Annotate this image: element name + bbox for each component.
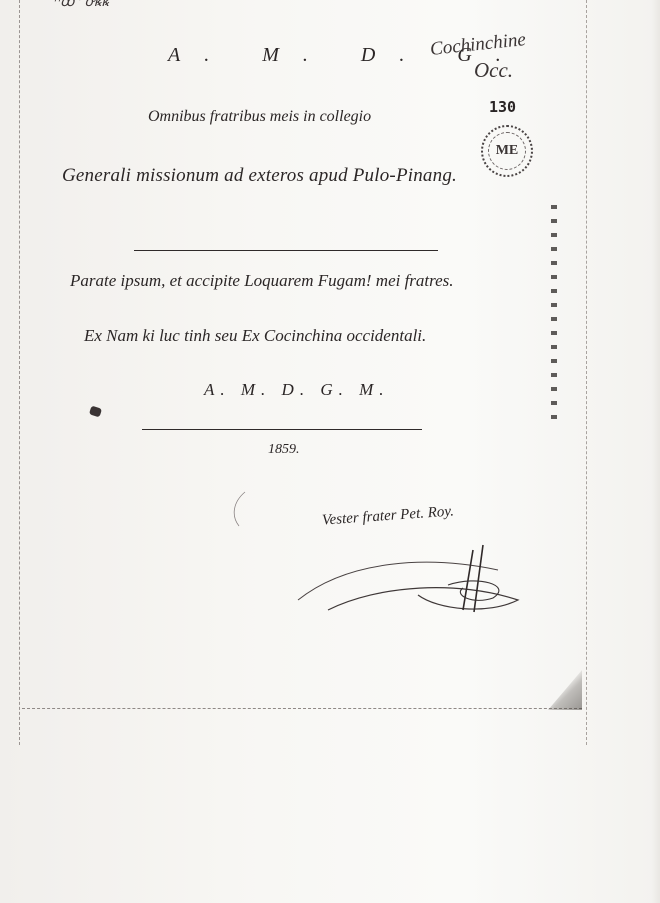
address-line-2: Generali missionum ad exteros apud Pulo-… [62,165,457,187]
body-line-1: Parate ipsum, et accipite Loquarem Fugam… [70,271,454,291]
body-line-2: Ex Nam ki luc tinh seu Ex Cocinchina occ… [84,326,426,346]
corner-ink-smudge [548,670,582,710]
frame-border-left [19,0,20,745]
top-fragment-text: ꟸꝏ ' ꝍꝅꝅ [52,0,109,11]
margin-ink-marks [551,205,557,425]
manuscript-page: ꟸꝏ ' ꝍꝅꝅ A. M. D. G. Cochinchine Occ. 13… [0,0,660,903]
frame-border-right [586,0,587,745]
divider-rule-bottom [142,429,422,430]
page-edge-shadow [652,0,660,903]
stray-stroke-icon [225,490,255,530]
archive-stamp-icon: ME [481,125,533,177]
stamp-label: ME [488,132,526,170]
ink-blot-mark [89,406,102,418]
address-line-1: Omnibus fratribus meis in collegio [148,108,371,126]
signature-text: Vester frater Pet. Roy. [322,503,455,529]
signature-flourish-icon [288,540,528,620]
divider-rule-top [134,250,438,251]
frame-border-bottom [22,708,582,709]
archive-annotation-line2: Occ. [474,58,513,83]
page-number: 130 [489,98,516,116]
letter-date: 1859. [268,442,300,458]
closing-monogram: A. M. D. G. M. [204,380,390,400]
